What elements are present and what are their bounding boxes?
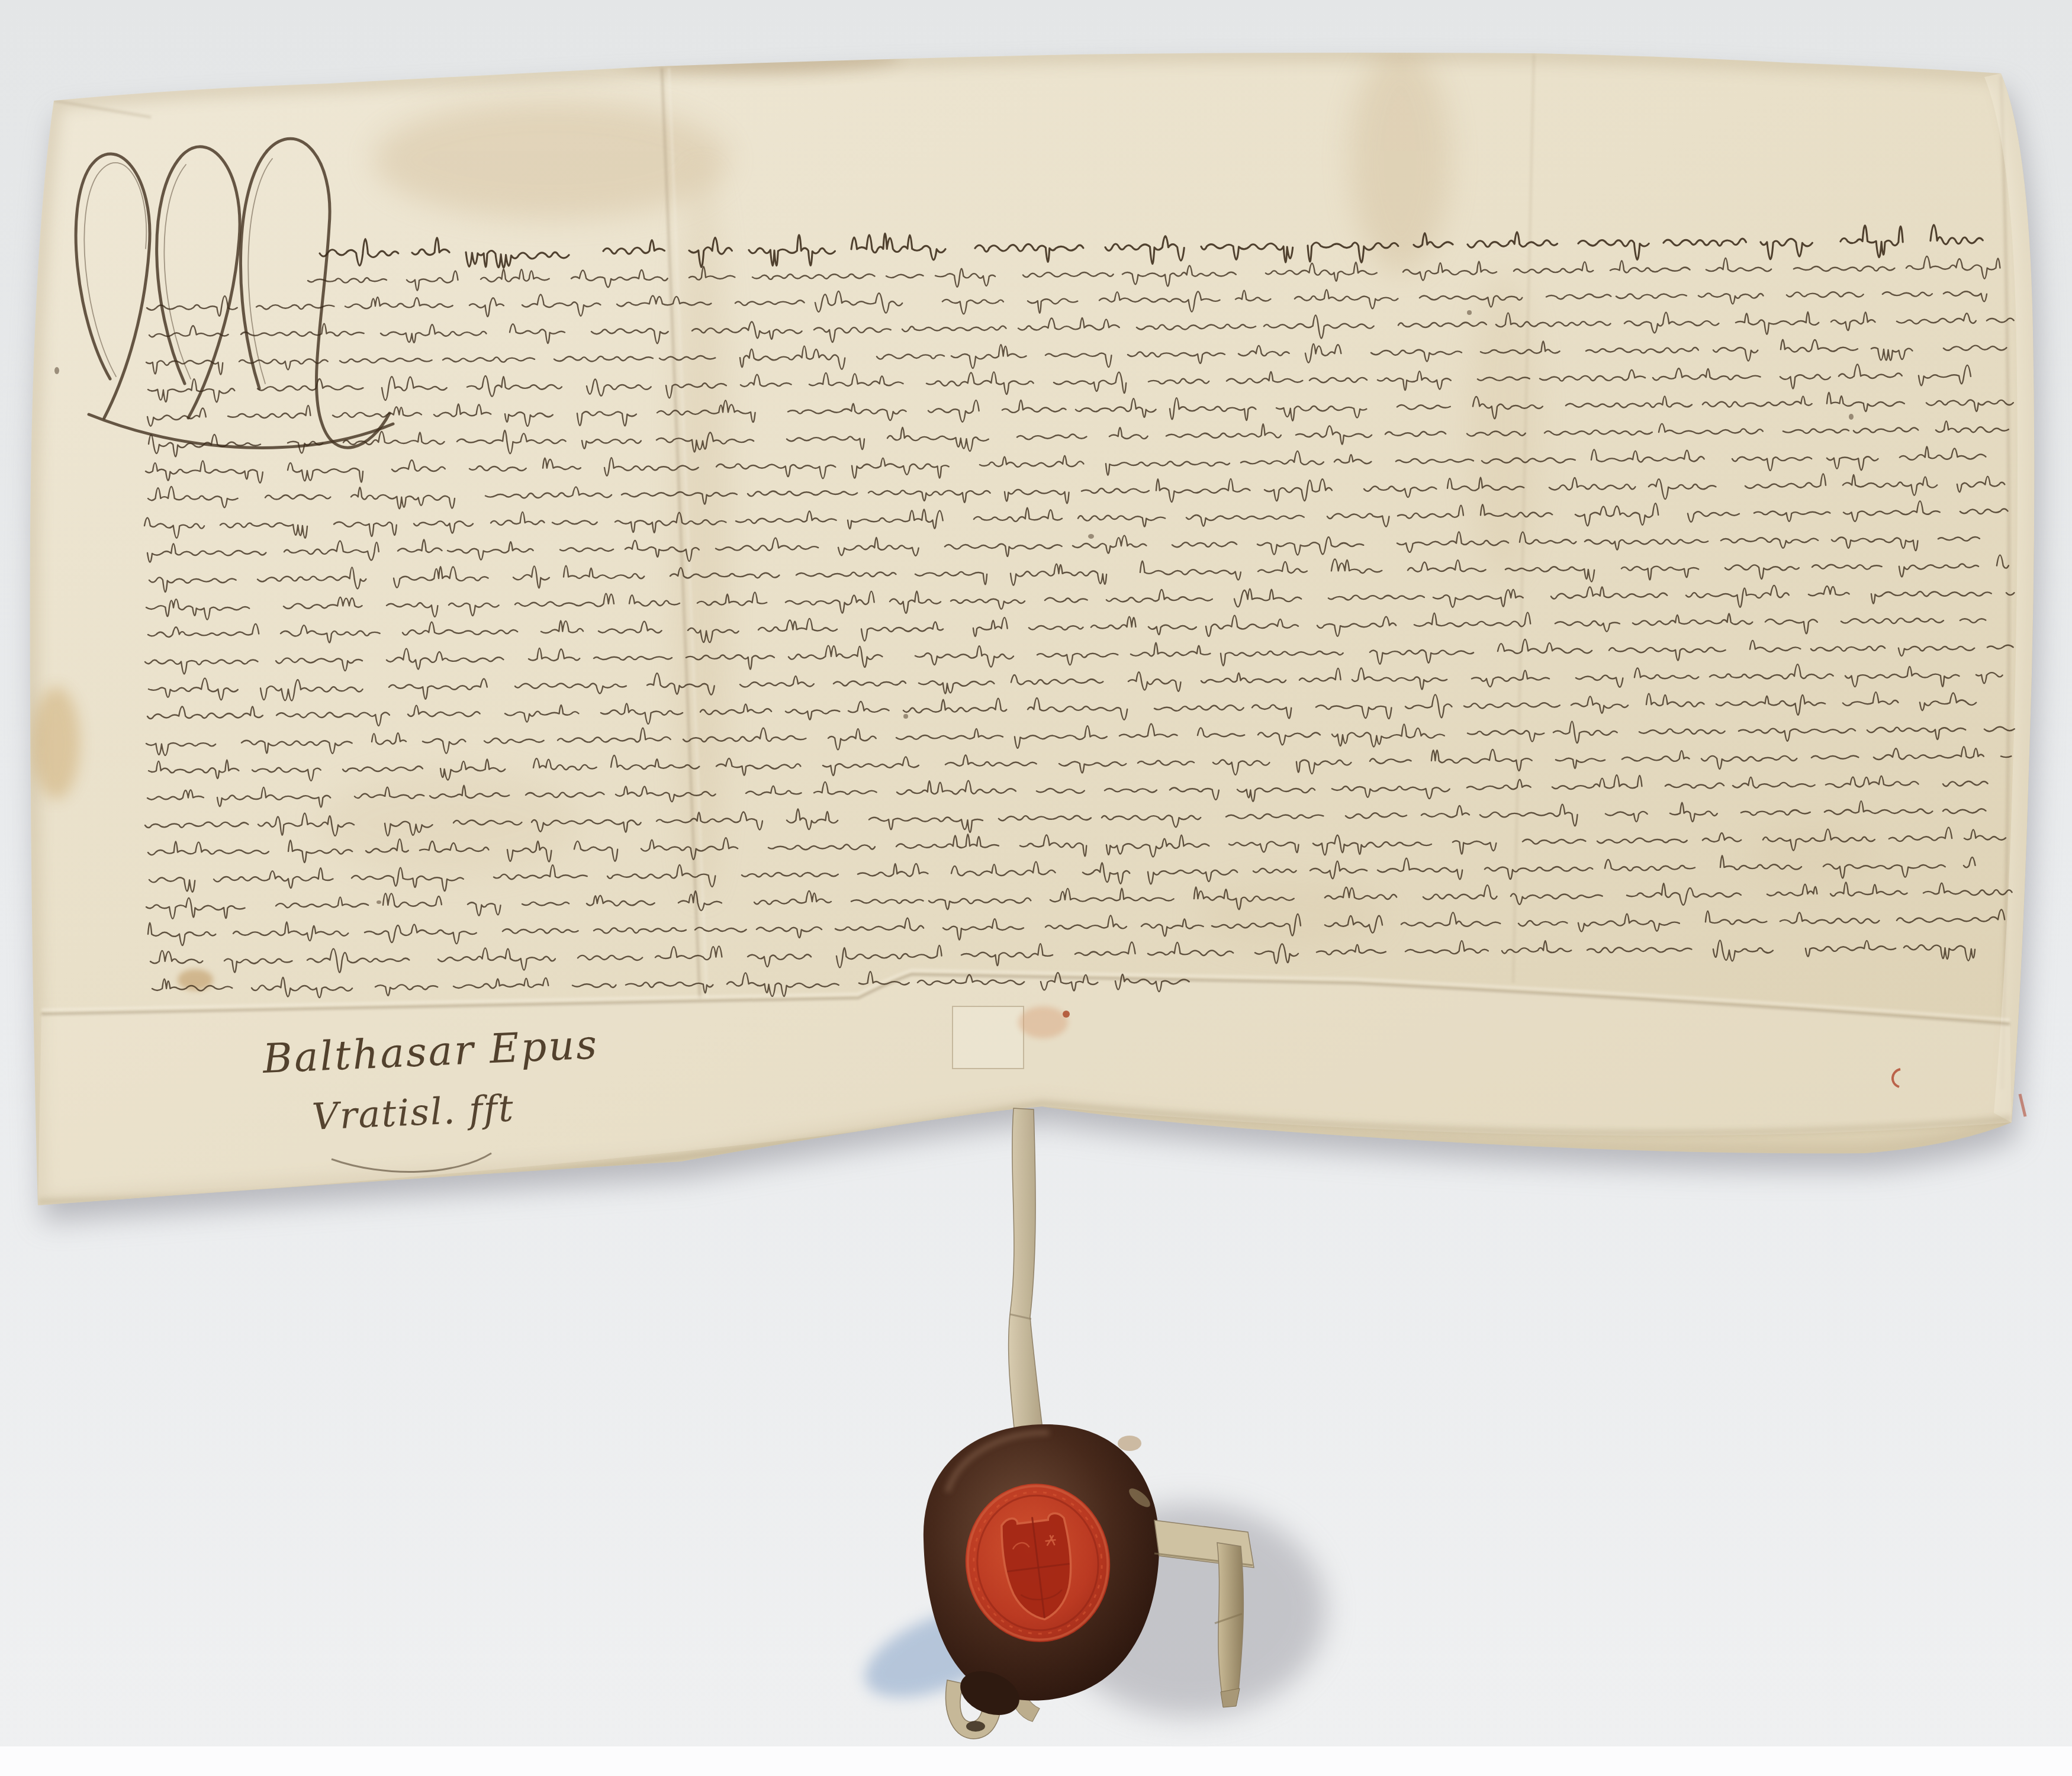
photograph-of-charter: M Balthasar Epus Vratisl. fft	[0, 0, 2072, 1776]
seal-tag-slit-patch	[953, 1006, 1024, 1069]
scan-strip	[0, 1746, 2072, 1776]
charter-scene: M Balthasar Epus Vratisl. fft	[0, 0, 2072, 1776]
plica-stain-dot	[1063, 1011, 1070, 1018]
plica-stain	[1018, 1006, 1068, 1038]
signature-line-2: Vratisl. fft	[311, 1086, 515, 1138]
seal-wax-chip	[1118, 1436, 1141, 1451]
parchment-sheet: M Balthasar Epus Vratisl. fft	[30, 38, 2035, 1205]
